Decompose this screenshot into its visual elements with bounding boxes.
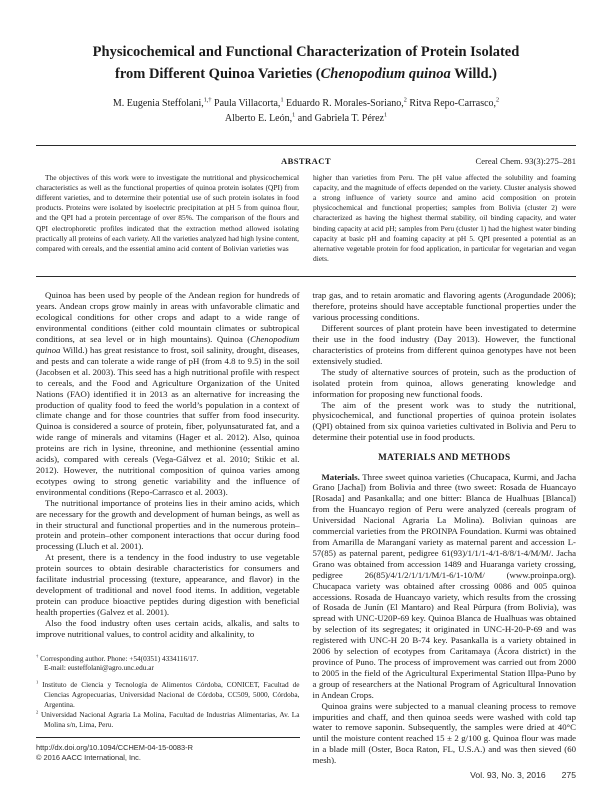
body-paragraph: Also the food industry often uses certai… (36, 618, 300, 640)
body-paragraph: Quinoa has been used by people of the An… (36, 290, 300, 497)
body-paragraph: The nutritional importance of proteins l… (36, 498, 300, 553)
author-line-1: M. Eugenia Steffolani,1,† Paula Villacor… (36, 96, 576, 112)
journal-citation: Cereal Chem. 93(3):275–281 (476, 156, 576, 166)
body-paragraph: Different sources of plant protein have … (313, 323, 577, 367)
footnotes: † Corresponding author. Phone: +54(0351)… (36, 654, 300, 730)
page-number: 275 (562, 770, 576, 780)
right-column: trap gas, and to retain aromatic and fla… (313, 290, 577, 764)
section-heading-materials-and-methods: MATERIALS AND METHODS (313, 452, 577, 463)
body-paragraph: At present, there is a tendency in the f… (36, 552, 300, 617)
doi-block: http://dx.doi.org/10.1094/CCHEM-04-15-00… (36, 743, 300, 764)
affiliation-1: 1 Instituto de Ciencia y Tecnología de A… (36, 680, 300, 710)
footnote-divider (36, 737, 300, 738)
paper-title-line1: Physicochemical and Functional Character… (36, 42, 576, 64)
journal-page: Physicochemical and Functional Character… (0, 0, 612, 792)
abstract-header: ABSTRACT Cereal Chem. 93(3):275–281 (36, 156, 576, 166)
corresponding-author-note: † Corresponding author. Phone: +54(0351)… (36, 654, 300, 674)
author-line-2: Alberto E. León,1 and Gabriela T. Pérez1 (36, 111, 576, 127)
left-column: Quinoa has been used by people of the An… (36, 290, 300, 764)
body-paragraph: The study of alternative sources of prot… (313, 367, 577, 400)
abstract-heading: ABSTRACT (281, 156, 331, 166)
author-list: M. Eugenia Steffolani,1,† Paula Villacor… (36, 96, 576, 127)
affiliation-2: 2 Universidad Nacional Agraria La Molina… (36, 710, 300, 730)
body-paragraph: trap gas, and to retain aromatic and fla… (313, 290, 577, 323)
doi-url: http://dx.doi.org/10.1094/CCHEM-04-15-00… (36, 743, 300, 754)
page-footer: Vol. 93, No. 3, 2016 275 (36, 770, 576, 780)
body-paragraph: Materials. Three sweet quinoa varieties … (313, 472, 577, 701)
body-columns: Quinoa has been used by people of the An… (36, 290, 576, 764)
copyright-line: © 2016 AACC International, Inc. (36, 753, 300, 764)
volume-info: Vol. 93, No. 3, 2016 (470, 770, 546, 780)
abstract-left-column: The objectives of this work were to inve… (36, 173, 299, 265)
divider-above-abstract (36, 145, 576, 146)
paper-title: Physicochemical and Functional Character… (36, 42, 576, 86)
abstract: The objectives of this work were to inve… (36, 173, 576, 265)
body-paragraph: Quinoa grains were subjected to a manual… (313, 701, 577, 764)
paper-title-line2: from Different Quinoa Varieties (Chenopo… (36, 64, 576, 86)
body-paragraph: The aim of the present work was to study… (313, 400, 577, 444)
divider-below-abstract (36, 276, 576, 277)
abstract-right-column: higher than varieties from Peru. The pH … (313, 173, 576, 265)
